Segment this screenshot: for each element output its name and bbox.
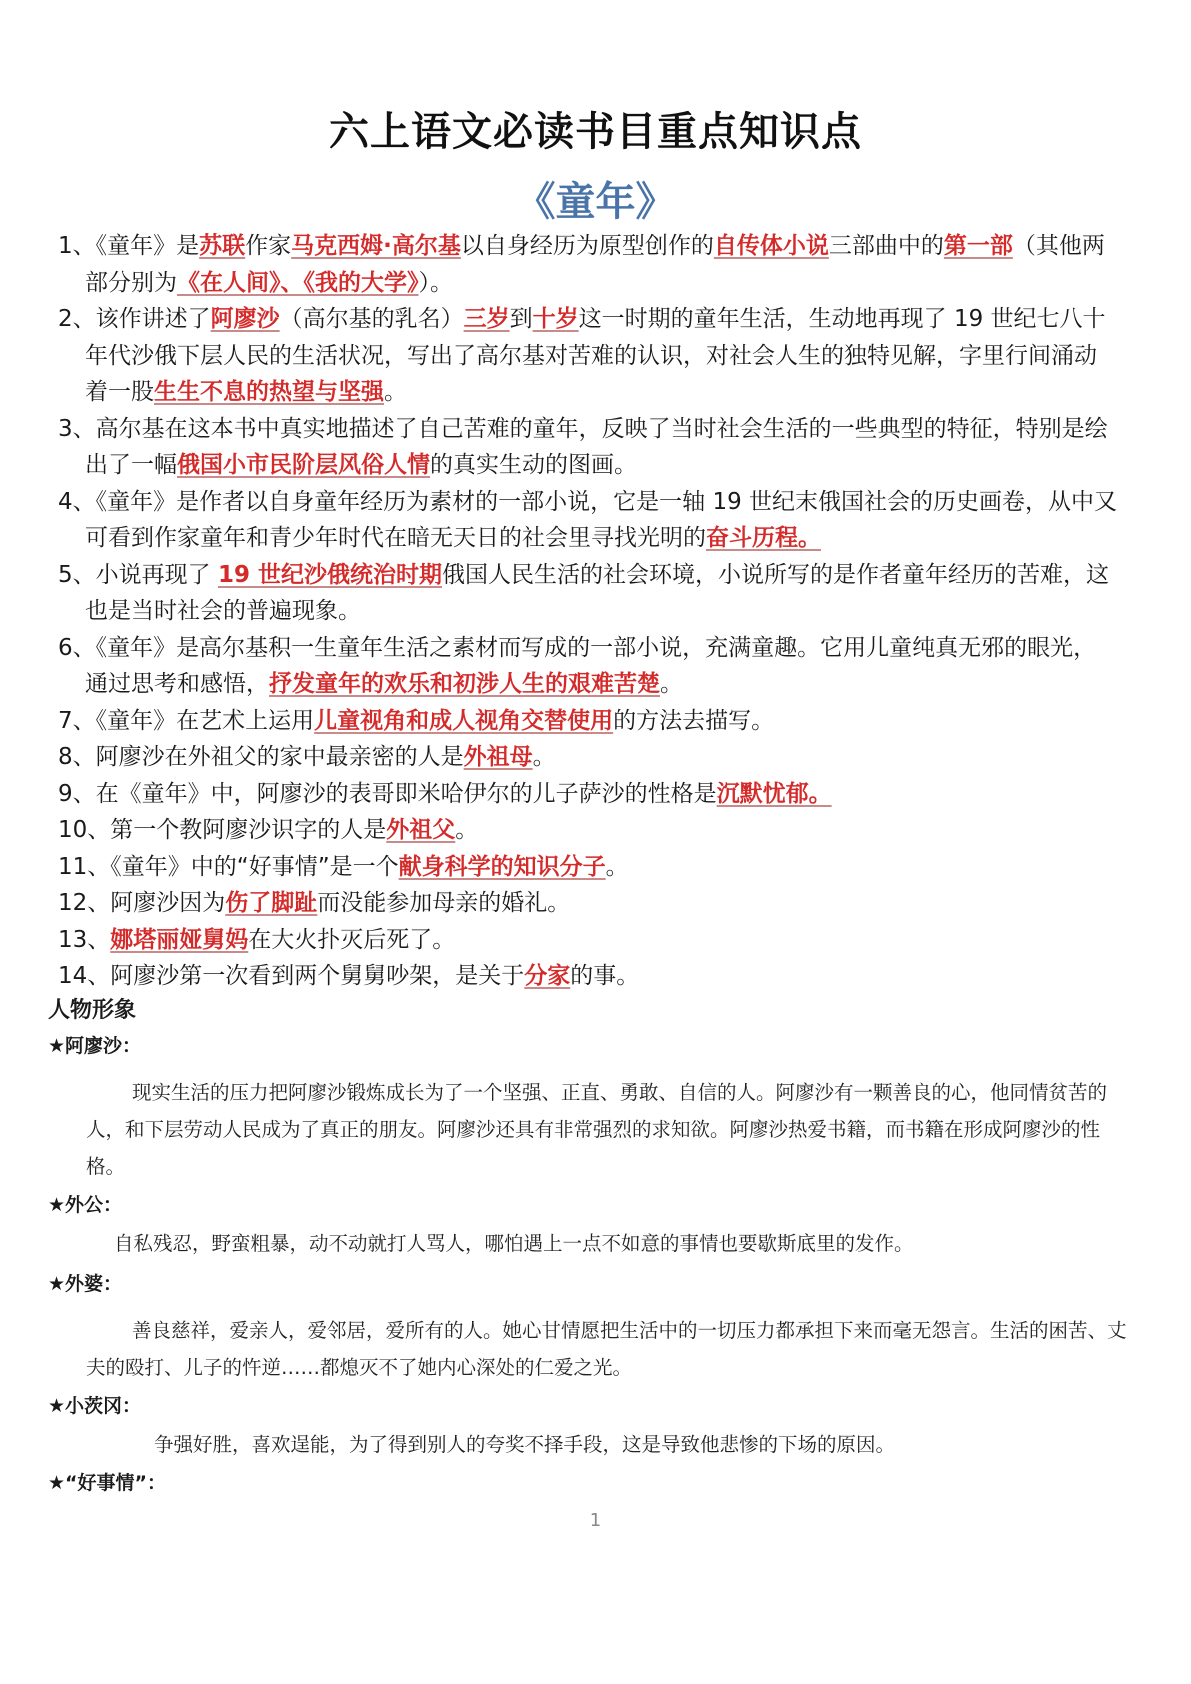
item-text: 阿廖沙第一次看到两个舅舅吵架，是关于 <box>110 963 524 989</box>
knowledge-point-2: 2、该作讲述了阿廖沙（高尔基的乳名）三岁到十岁这一时期的童年生活，生动地再现了 … <box>58 301 1118 411</box>
item-text: 第一个教阿廖沙识字的人是 <box>110 817 386 843</box>
knowledge-point-5: 5、小说再现了 19 世纪沙俄统治时期俄国人民生活的社会环境，小说所写的是作者童… <box>58 557 1118 630</box>
knowledge-point-12: 12、阿廖沙因为伤了脚趾而没能参加母亲的婚礼。 <box>58 885 1118 922</box>
item-text: 在大火扑灭后死了。 <box>248 927 455 953</box>
item-text: 三部曲中的 <box>829 233 944 259</box>
highlighted-keyword: 伤了脚趾 <box>225 890 317 916</box>
item-text: 作家 <box>245 233 291 259</box>
highlighted-keyword: 娜塔丽娅舅妈 <box>110 927 248 953</box>
highlighted-keyword: 献身科学的知识分子 <box>399 854 606 880</box>
highlighted-keyword: 生生不息的热望与坚强 <box>154 379 384 405</box>
highlighted-keyword: 儿童视角和成人视角交替使用 <box>314 708 613 734</box>
highlighted-keyword: 俄国小市民阶层风俗人情 <box>177 452 430 478</box>
item-text: 在《童年》中，阿廖沙的表哥即米哈伊尔的儿子萨沙的性格是 <box>96 781 717 807</box>
item-text: 的事。 <box>570 963 639 989</box>
knowledge-point-3: 3、高尔基在这本书中真实地描述了自己苦难的童年，反映了当时社会生活的一些典型的特… <box>58 411 1118 484</box>
knowledge-point-1: 1、《童年》是苏联作家马克西姆·高尔基以自身经历为原型创作的自传体小说三部曲中的… <box>58 228 1118 301</box>
highlighted-keyword: 阿廖沙 <box>211 306 280 332</box>
item-text: 《童年》是作者以自身童年经历为素材的一部小说，它是一轴 19 世纪末俄国社会的历… <box>85 489 1117 552</box>
item-text: 阿廖沙因为 <box>110 890 225 916</box>
item-number: 4、 <box>58 489 96 515</box>
character-desc-grandfather: 自私残忍，野蛮粗暴，动不动就打人骂人，哪怕遇上一点不如意的事情也要歇斯底里的发作… <box>48 1225 1138 1262</box>
item-text: 《童年》在艺术上运用 <box>96 708 315 734</box>
item-text: 。 <box>606 854 629 880</box>
page-number: 1 <box>0 1510 1191 1531</box>
item-number: 12、 <box>58 890 110 916</box>
item-number: 8、 <box>58 744 96 770</box>
knowledge-point-13: 13、娜塔丽娅舅妈在大火扑灭后死了。 <box>58 922 1118 959</box>
knowledge-point-6: 6、《童年》是高尔基积一生童年生活之素材而写成的一部小说，充满童趣。它用儿童纯真… <box>58 630 1118 703</box>
page-title: 六上语文必读书目重点知识点 <box>0 100 1191 157</box>
item-text: ）。 <box>419 270 454 296</box>
character-desc-aliosha: 现实生活的压力把阿廖沙锻炼成长为了一个坚强、正直、勇敢、自信的人。阿廖沙有一颗善… <box>48 1074 1138 1185</box>
item-text: 小说再现了 <box>96 562 218 588</box>
item-text: 阿廖沙在外祖父的家中最亲密的人是 <box>96 744 464 770</box>
character-desc-xiaocigang: 争强好胜，喜欢逞能，为了得到别人的夸奖不择手段，这是导致他悲惨的下场的原因。 <box>48 1426 1138 1463</box>
highlighted-keyword: 第一部 <box>944 233 1013 259</box>
character-desc-grandmother: 善良慈祥，爱亲人，爱邻居，爱所有的人。她心甘情愿把生活中的一切压力都承担下来而毫… <box>48 1312 1138 1386</box>
character-name-grandmother: ★外婆： <box>48 1266 1138 1302</box>
item-number: 1、 <box>58 233 96 259</box>
highlighted-keyword: 抒发童年的欢乐和初涉人生的艰难苦楚 <box>269 671 660 697</box>
character-name-xiaocigang: ★小茨冈： <box>48 1388 1138 1424</box>
item-text: 《童年》中的“好事情”是一个 <box>110 854 398 880</box>
book-title: 《童年》 <box>0 170 1191 227</box>
item-number: 5、 <box>58 562 96 588</box>
highlighted-keyword: 奋斗历程。 <box>706 525 821 551</box>
knowledge-point-8: 8、阿廖沙在外祖父的家中最亲密的人是外祖母。 <box>58 739 1118 776</box>
item-text: 到 <box>510 306 533 332</box>
item-text: 。 <box>660 671 683 697</box>
knowledge-point-9: 9、在《童年》中，阿廖沙的表哥即米哈伊尔的儿子萨沙的性格是沉默忧郁。 <box>58 776 1118 813</box>
character-name-good-thing: ★“好事情”： <box>48 1465 1138 1501</box>
characters-section: 人物形象 ★阿廖沙： 现实生活的压力把阿廖沙锻炼成长为了一个坚强、正直、勇敢、自… <box>48 994 1138 1501</box>
item-number: 6、 <box>58 635 96 661</box>
highlighted-keyword: 外祖父 <box>386 817 455 843</box>
highlighted-keyword: 外祖母 <box>464 744 533 770</box>
knowledge-point-10: 10、第一个教阿廖沙识字的人是外祖父。 <box>58 812 1118 849</box>
item-text: 。 <box>455 817 478 843</box>
highlighted-keyword: 马克西姆·高尔基 <box>291 233 461 259</box>
item-text: 而没能参加母亲的婚礼。 <box>317 890 570 916</box>
character-name-aliosha: ★阿廖沙： <box>48 1028 1138 1064</box>
item-number: 2、 <box>58 306 96 332</box>
item-number: 3、 <box>58 416 96 442</box>
knowledge-point-11: 11、《童年》中的“好事情”是一个献身科学的知识分子。 <box>58 849 1118 886</box>
item-number: 11、 <box>58 854 110 880</box>
item-text: 的真实生动的图画。 <box>430 452 637 478</box>
character-name-grandfather: ★外公： <box>48 1187 1138 1223</box>
knowledge-point-14: 14、阿廖沙第一次看到两个舅舅吵架，是关于分家的事。 <box>58 958 1118 995</box>
knowledge-point-4: 4、《童年》是作者以自身童年经历为素材的一部小说，它是一轴 19 世纪末俄国社会… <box>58 484 1118 557</box>
item-text: 。 <box>384 379 407 405</box>
item-number: 9、 <box>58 781 96 807</box>
item-text: 《童年》是 <box>96 233 200 259</box>
item-number: 10、 <box>58 817 110 843</box>
highlighted-keyword: 分家 <box>524 963 570 989</box>
item-number: 14、 <box>58 963 110 989</box>
item-text: 的方法去描写。 <box>613 708 774 734</box>
highlighted-keyword: 自传体小说 <box>714 233 829 259</box>
item-number: 13、 <box>58 927 110 953</box>
knowledge-points-list: 1、《童年》是苏联作家马克西姆·高尔基以自身经历为原型创作的自传体小说三部曲中的… <box>58 228 1118 995</box>
item-text: （高尔基的乳名） <box>280 306 464 332</box>
item-number: 7、 <box>58 708 96 734</box>
highlighted-keyword: 《在人间》、《我的大学》 <box>177 270 419 296</box>
highlighted-keyword: 19 世纪沙俄统治时期 <box>218 562 442 588</box>
highlighted-keyword: 苏联 <box>199 233 245 259</box>
item-text: 。 <box>533 744 556 770</box>
knowledge-point-7: 7、《童年》在艺术上运用儿童视角和成人视角交替使用的方法去描写。 <box>58 703 1118 740</box>
item-text: 该作讲述了 <box>96 306 211 332</box>
highlighted-keyword: 三岁 <box>464 306 510 332</box>
item-text: 以自身经历为原型创作的 <box>461 233 714 259</box>
highlighted-keyword: 沉默忧郁。 <box>717 781 832 807</box>
section-title: 人物形象 <box>48 994 1138 1028</box>
highlighted-keyword: 十岁 <box>533 306 579 332</box>
